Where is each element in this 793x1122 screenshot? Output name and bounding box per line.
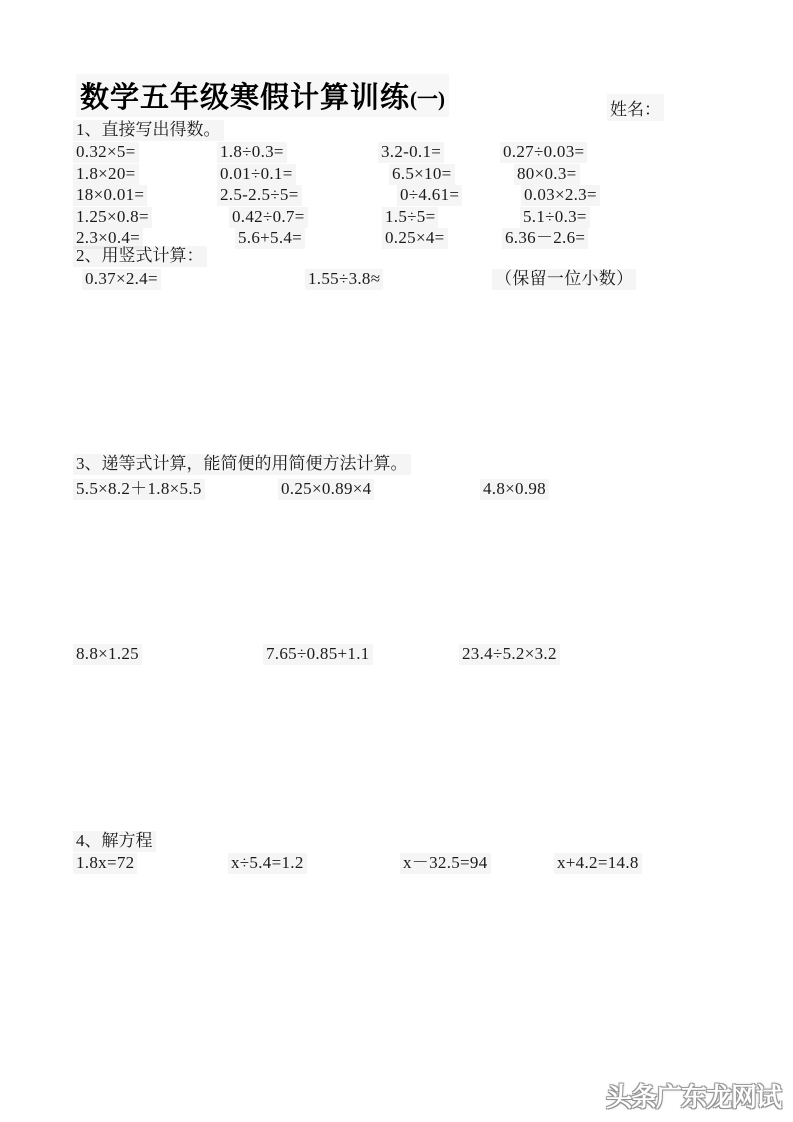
section-4-heading: 4、解方程 [73,831,156,852]
problem: 1.5÷5= [382,207,438,228]
problem: 0.37×2.4= [82,269,161,290]
page-title: 数学五年级寒假计算训练(一) [76,74,449,117]
problem: 4.8×0.98 [480,479,549,500]
problem: 0.25×4= [382,228,448,249]
problem: 3.2-0.1= [378,142,444,163]
problem: 80×0.3= [514,164,580,185]
problem: 7.65÷0.85+1.1 [263,644,373,665]
problem: 1.8×20= [73,164,139,185]
problem: 1.8x=72 [73,853,137,874]
problem: 6.36－2.6= [502,228,588,249]
problem: 5.6+5.4= [235,228,305,249]
problem: 1.8÷0.3= [217,142,287,163]
page-title-suffix: (一) [410,87,445,111]
problem: 0.03×2.3= [521,185,600,206]
section-3-heading: 3、递等式计算，能简便的用简便方法计算。 [73,454,411,475]
problem: x÷5.4=1.2 [228,853,307,874]
page-title-text: 数学五年级寒假计算训练 [80,82,410,114]
problem: 0.42÷0.7= [229,207,308,228]
rounding-note: （保留一位小数） [492,269,636,290]
problem: 23.4÷5.2×3.2 [459,644,560,665]
problem: 5.5×8.2＋1.8×5.5 [73,479,205,500]
problem: 0.27÷0.03= [500,142,587,163]
problem: x+4.2=14.8 [554,853,642,874]
section-2-heading: 2、用竖式计算： [73,246,207,267]
problem: 6.5×10= [389,164,455,185]
problem: 8.8×1.25 [73,644,142,665]
problem: 0.25×0.89×4 [278,479,374,500]
name-label: 姓名： [607,94,664,121]
problem: 1.25×0.8= [73,207,152,228]
problem: 2.5-2.5÷5= [217,185,302,206]
watermark: 头条广东龙网试 [606,1077,781,1114]
problem: 0÷4.61= [397,185,462,206]
problem: 1.55÷3.8≈ [305,269,383,290]
problem: 18×0.01= [73,185,147,206]
problem: 5.1÷0.3= [520,207,590,228]
section-1-heading: 1、直接写出得数。 [73,120,224,141]
problem: 0.32×5= [73,142,139,163]
worksheet-page: 数学五年级寒假计算训练(一) 姓名： 1、直接写出得数。 0.32×5= 1.8… [0,0,793,1122]
problem: 0.01÷0.1= [217,164,296,185]
problem: x－32.5=94 [400,853,491,874]
